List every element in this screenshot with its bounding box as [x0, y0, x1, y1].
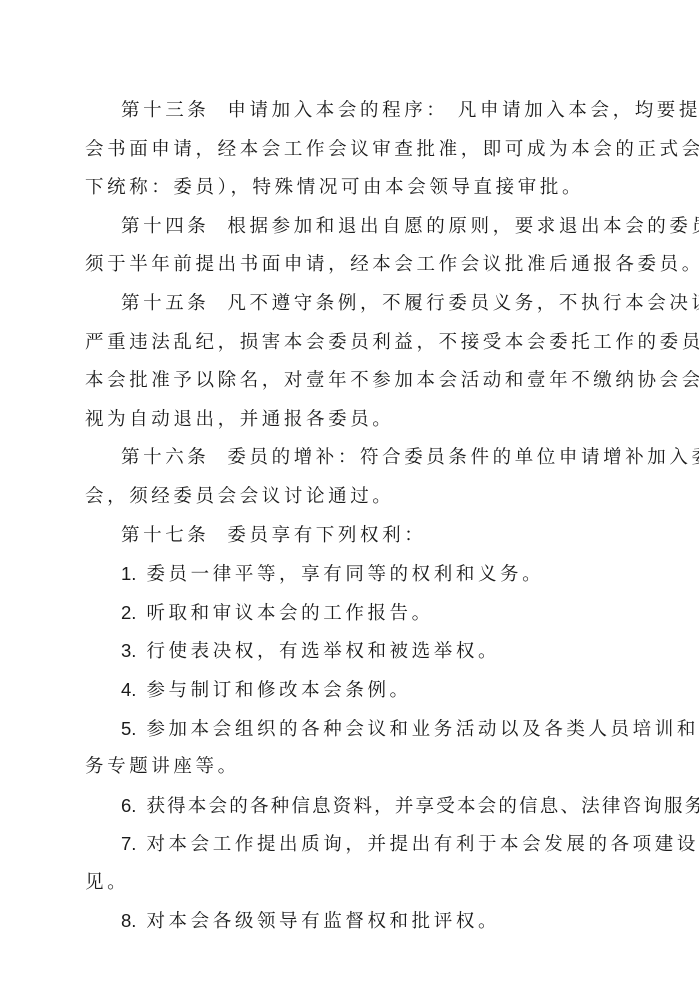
- paragraph-line: 下统称：委员），特殊情况可由本会领导直接审批。: [85, 169, 615, 208]
- list-item-continuation: 务专题讲座等。: [85, 748, 615, 787]
- paragraph-line: 第十五条凡不遵守条例，不履行委员义务，不执行本会决议，: [85, 285, 615, 324]
- article-heading: 第十六条: [121, 447, 209, 468]
- article-15: 第十五条凡不遵守条例，不履行委员义务，不执行本会决议， 严重违法乱纪，损害本会委…: [85, 285, 615, 439]
- article-text: 申请加入本会的程序： 凡申请加入本会，均要提交入: [227, 100, 699, 121]
- list-number: 5.: [121, 718, 136, 739]
- rights-list: 1.委员一律平等，享有同等的权利和义务。 2.听取和审议本会的工作报告。 3.行…: [85, 555, 615, 941]
- paragraph-line: 会书面申请，经本会工作会议审查批准，即可成为本会的正式会员（以: [85, 131, 615, 170]
- article-text: 委员的增补：符合委员条件的单位申请增补加入委员: [227, 447, 699, 468]
- list-text: 听取和审议本会的工作报告。: [146, 603, 433, 624]
- list-item: 4.参与制订和修改本会条例。: [85, 671, 615, 710]
- paragraph-line: 第十七条委员享有下列权利：: [85, 517, 615, 556]
- paragraph-line: 严重违法乱纪，损害本会委员利益，不接受本会委托工作的委员，经: [85, 324, 615, 363]
- article-17: 第十七条委员享有下列权利：: [85, 517, 615, 556]
- article-text: 根据参加和退出自愿的原则，要求退出本会的委员，: [227, 216, 699, 237]
- list-item: 7.对本会工作提出质询，并提出有利于本会发展的各项建设性意: [85, 825, 615, 864]
- list-text: 委员一律平等，享有同等的权利和义务。: [146, 564, 544, 585]
- article-13: 第十三条申请加入本会的程序： 凡申请加入本会，均要提交入 会书面申请，经本会工作…: [85, 92, 615, 208]
- article-heading: 第十七条: [121, 525, 209, 546]
- paragraph-line: 第十六条委员的增补：符合委员条件的单位申请增补加入委员: [85, 439, 615, 478]
- list-text: 行使表决权，有选举权和被选举权。: [146, 641, 500, 662]
- article-heading: 第十五条: [121, 293, 209, 314]
- article-text: 凡不遵守条例，不履行委员义务，不执行本会决议，: [227, 293, 699, 314]
- paragraph-line: 会，须经委员会会议讨论通过。: [85, 478, 615, 517]
- list-number: 3.: [121, 640, 136, 661]
- list-text: 参与制订和修改本会条例。: [146, 680, 411, 701]
- article-text: 委员享有下列权利：: [227, 525, 426, 546]
- paragraph-line: 第十三条申请加入本会的程序： 凡申请加入本会，均要提交入: [85, 92, 615, 131]
- article-heading: 第十四条: [121, 216, 209, 237]
- list-text: 对本会工作提出质询，并提出有利于本会发展的各项建设性意: [146, 834, 699, 855]
- paragraph-line: 视为自动退出，并通报各委员。: [85, 401, 615, 440]
- article-heading: 第十三条: [121, 100, 209, 121]
- list-item: 1.委员一律平等，享有同等的权利和义务。: [85, 555, 615, 594]
- list-number: 1.: [121, 563, 136, 584]
- list-number: 6.: [121, 795, 136, 816]
- list-item: 8.对本会各级领导有监督权和批评权。: [85, 902, 615, 941]
- list-item: 2.听取和审议本会的工作报告。: [85, 594, 615, 633]
- list-text: 参加本会组织的各种会议和业务活动以及各类人员培训和业: [146, 719, 699, 740]
- paragraph-line: 本会批准予以除名，对壹年不参加本会活动和壹年不缴纳协会会费者，: [85, 362, 615, 401]
- list-number: 2.: [121, 602, 136, 623]
- list-number: 8.: [121, 910, 136, 931]
- paragraph-line: 须于半年前提出书面申请，经本会工作会议批准后通报各委员。: [85, 246, 615, 285]
- list-text: 获得本会的各种信息资料，并享受本会的信息、法律咨询服务。: [146, 796, 699, 817]
- article-14: 第十四条根据参加和退出自愿的原则，要求退出本会的委员， 须于半年前提出书面申请，…: [85, 208, 615, 285]
- list-item: 6.获得本会的各种信息资料，并享受本会的信息、法律咨询服务。: [85, 787, 615, 826]
- list-item: 5.参加本会组织的各种会议和业务活动以及各类人员培训和业: [85, 710, 615, 749]
- paragraph-line: 第十四条根据参加和退出自愿的原则，要求退出本会的委员，: [85, 208, 615, 247]
- list-item: 3.行使表决权，有选举权和被选举权。: [85, 632, 615, 671]
- document-page: 第十三条申请加入本会的程序： 凡申请加入本会，均要提交入 会书面申请，经本会工作…: [85, 92, 615, 941]
- list-number: 4.: [121, 679, 136, 700]
- article-16: 第十六条委员的增补：符合委员条件的单位申请增补加入委员 会，须经委员会会议讨论通…: [85, 439, 615, 516]
- list-item-continuation: 见。: [85, 864, 615, 903]
- list-text: 对本会各级领导有监督权和批评权。: [146, 911, 500, 932]
- list-number: 7.: [121, 833, 136, 854]
